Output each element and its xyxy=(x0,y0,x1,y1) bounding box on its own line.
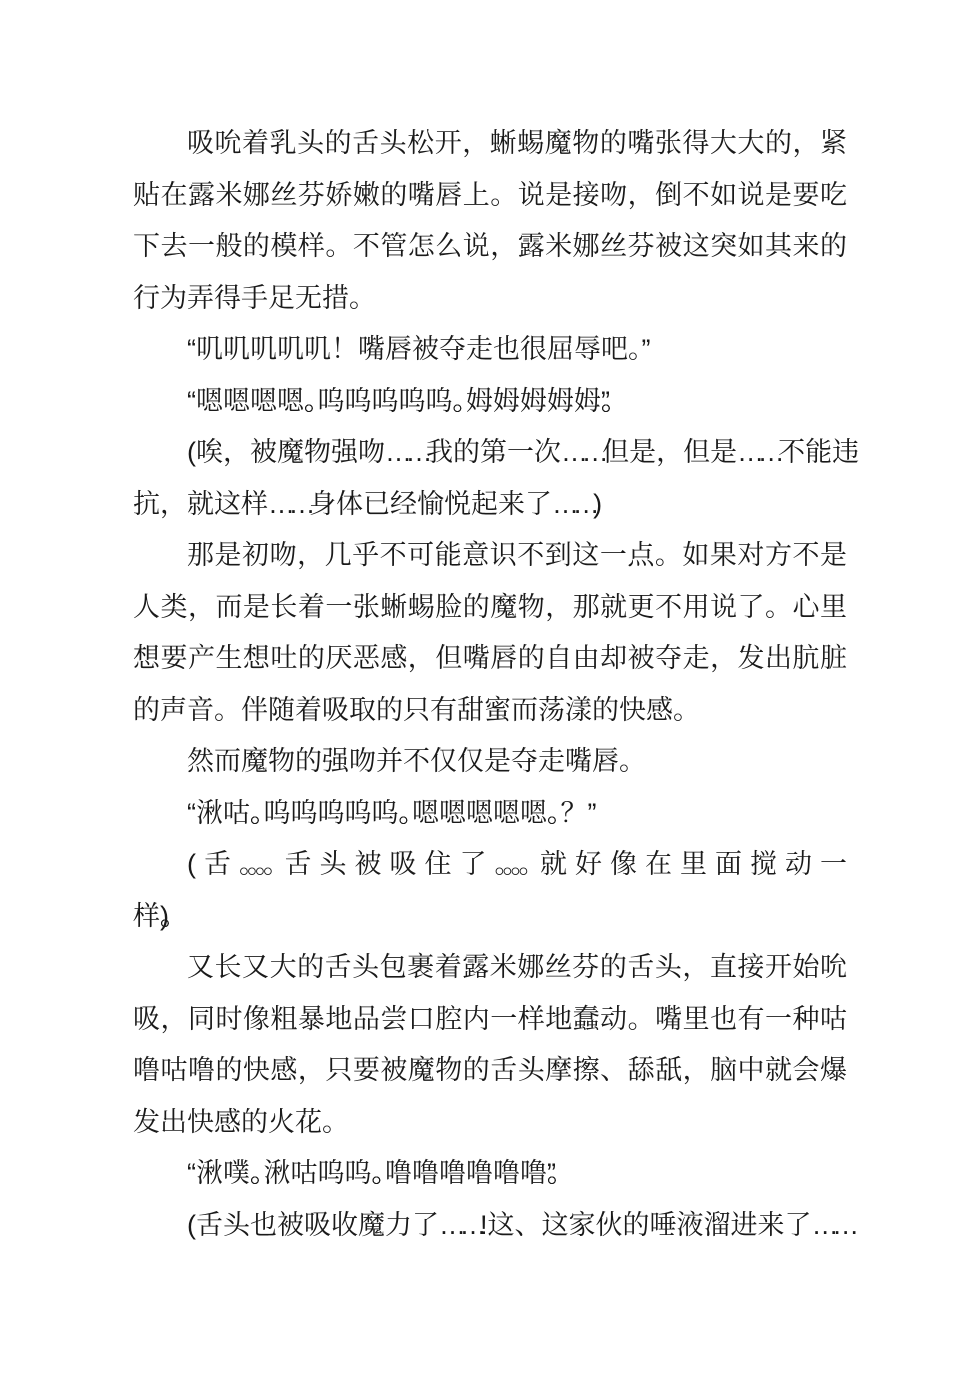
paragraph-narration: 那是初吻，几乎不可能意识不到这一点。如果对方不是人类，而是长着一张蜥蜴脸的魔物，… xyxy=(133,530,847,736)
paragraph-narration: 然而魔物的强吻并不仅仅是夺走嘴唇。 xyxy=(133,736,847,788)
ellipsis: …… xyxy=(268,489,309,519)
text-line: 噜咕噜的快感，只要被魔物的舌头摩擦、舔舐，脑中就会爆 xyxy=(133,1045,847,1097)
text-line: (舌。。。。舌头被吸住了。。。。就好像在里面搅动一 xyxy=(133,839,847,891)
text-line: 人类，而是长着一张蜥蜴脸的魔物，那就更不用说了。心里 xyxy=(133,582,847,634)
ellipsis: …… xyxy=(385,437,426,467)
paragraph-dialogue: “叽叽叽叽叽！嘴唇被夺走也很屈辱吧。” xyxy=(133,324,847,376)
text-line: 吸吮着乳头的舌头松开，蜥蜴魔物的嘴张得大大的，紧 xyxy=(133,118,847,170)
pause-dots: 。。。 xyxy=(547,798,561,828)
paragraph-narration: 吸吮着乳头的舌头松开，蜥蜴魔物的嘴张得大大的，紧贴在露米娜丝芬娇嫩的嘴唇上。说是… xyxy=(133,118,847,324)
text-line: 发出快感的火花。 xyxy=(133,1097,847,1149)
text-line: 那是初吻，几乎不可能意识不到这一点。如果对方不是 xyxy=(133,530,847,582)
pause-dots: 。。。。 xyxy=(250,798,264,828)
pause-dots: 。。。。 xyxy=(304,386,318,416)
text-line: 然而魔物的强吻并不仅仅是夺走嘴唇。 xyxy=(133,736,847,788)
text-line: 抗，就这样……身体已经愉悦起来了……) xyxy=(133,479,847,531)
text-line: (唉，被魔物强吻……我的第一次……但是，但是……不能违 xyxy=(133,427,847,479)
pause-dots: 。。。。 xyxy=(372,1158,386,1188)
ellipsis: …… xyxy=(812,1210,853,1240)
ellipsis: …… xyxy=(737,437,778,467)
document-page: 吸吮着乳头的舌头松开，蜥蜴魔物的嘴张得大大的，紧贴在露米娜丝芬娇嫩的嘴唇上。说是… xyxy=(0,0,980,1385)
ellipsis: …… xyxy=(561,437,602,467)
paragraph-thought: (唉，被魔物强吻……我的第一次……但是，但是……不能违抗，就这样……身体已经愉悦… xyxy=(133,427,847,530)
paragraph-narration: 又长又大的舌头包裹着露米娜丝芬的舌头，直接开始吮吸，同时像粗暴地品尝口腔内一样地… xyxy=(133,942,847,1148)
text-line: 下去一般的模样。不管怎么说，露米娜丝芬被这突如其来的 xyxy=(133,221,847,273)
text-line: “嗯嗯嗯嗯。。。。呜呜呜呜呜。。。姆姆姆姆姆。。。。。” xyxy=(133,376,847,428)
text-line: 行为弄得手足无措。 xyxy=(133,273,847,325)
paragraph-thought: (舌。。。。舌头被吸住了。。。。就好像在里面搅动一样。。。。) xyxy=(133,839,847,942)
text-line: 吸，同时像粗暴地品尝口腔内一样地蠢动。嘴里也有一种咕 xyxy=(133,994,847,1046)
text-line: 想要产生想吐的厌恶感，但嘴唇的自由却被夺走，发出肮脏 xyxy=(133,633,847,685)
text-line: 贴在露米娜丝芬娇嫩的嘴唇上。说是接吻，倒不如说是要吃 xyxy=(133,170,847,222)
paragraph-dialogue: “嗯嗯嗯嗯。。。。呜呜呜呜呜。。。姆姆姆姆姆。。。。。” xyxy=(133,376,847,428)
pause-dots: 。。。。 xyxy=(495,849,541,879)
text-line: “湫咕。。。。呜呜呜呜呜。。。嗯嗯嗯嗯嗯。。。？” xyxy=(133,788,847,840)
text-line: 样。。。。) xyxy=(133,891,847,943)
pause-dots: 。。。。 xyxy=(250,1158,264,1188)
text-line: “叽叽叽叽叽！嘴唇被夺走也很屈辱吧。” xyxy=(133,324,847,376)
text-line: (舌头也被吸收魔力了……!这、这家伙的唾液溜进来了…… xyxy=(133,1200,847,1252)
ellipsis: …… xyxy=(439,1210,480,1240)
pause-dots: 。。。 xyxy=(453,386,467,416)
ellipsis: …… xyxy=(552,489,593,519)
paragraph-dialogue: “湫噗。。。。湫咕呜呜。。。。噜噜噜噜噜噜。。。。” xyxy=(133,1148,847,1200)
pause-dots: 。。。。 xyxy=(239,849,285,879)
text-line: 的声音。伴随着吸取的只有甜蜜而荡漾的快感。 xyxy=(133,685,847,737)
paragraph-thought: (舌头也被吸收魔力了……!这、这家伙的唾液溜进来了…… xyxy=(133,1200,847,1252)
text-line: “湫噗。。。。湫咕呜呜。。。。噜噜噜噜噜噜。。。。” xyxy=(133,1148,847,1200)
text-line: 又长又大的舌头包裹着露米娜丝芬的舌头，直接开始吮 xyxy=(133,942,847,994)
pause-dots: 。。。 xyxy=(399,798,413,828)
paragraph-dialogue: “湫咕。。。。呜呜呜呜呜。。。嗯嗯嗯嗯嗯。。。？” xyxy=(133,788,847,840)
document-body: { "page": { "background": "#ffffff", "te… xyxy=(0,0,980,1385)
